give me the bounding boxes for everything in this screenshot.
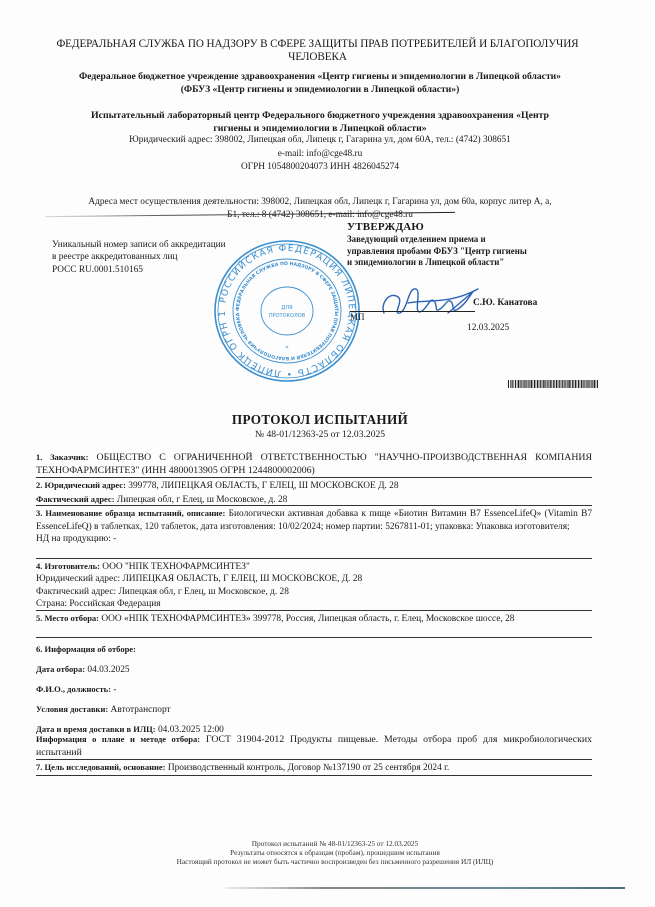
section-legal-address: 2. Юридический адрес: 399778, ЛИПЕЦКАЯ О… — [36, 479, 592, 506]
footer-rule — [225, 887, 625, 889]
fio-value: - — [113, 685, 116, 695]
section-divider — [36, 558, 592, 559]
signer-name: С.Ю. Канатова — [473, 298, 537, 308]
sampling-date-value: 04.03.2025 — [87, 665, 129, 675]
actual-address-label: Фактический адрес: — [36, 494, 115, 504]
activity-address: Адреса мест осуществления деятельности: … — [20, 196, 620, 222]
section-sampling-place: 5. Место отбора: ООО «НПК ТЕХНОФАРМСИНТЕ… — [36, 612, 592, 626]
approval-position-line-1: Заведующий отделением приема и — [347, 234, 577, 246]
footer-line-3: Настоящий протокол не может быть частичн… — [110, 857, 560, 866]
activity-address-line-1: Адреса мест осуществления деятельности: … — [20, 196, 620, 209]
approval-title: УТВЕРЖДАЮ — [347, 221, 577, 233]
approval-position: Заведующий отделением приема и управлени… — [347, 234, 577, 269]
sampling-method-label: Информация о плане и методе отбора: — [36, 734, 200, 744]
svg-text:ПРОТОКОЛОВ: ПРОТОКОЛОВ — [269, 313, 306, 319]
manufacturer-value: ООО "НПК ТЕХНОФАРМСИНТЕЗ" — [102, 562, 250, 572]
customer-label: 1. Заказчик: — [36, 452, 89, 462]
accreditation-block: Уникальный номер записи об аккредитации … — [52, 239, 226, 276]
sample-label: 3. Наименование образца испытаний, описа… — [36, 508, 225, 518]
section-divider — [36, 610, 592, 611]
legal-address-value: 399778, ЛИПЕЦКАЯ ОБЛАСТЬ, Г ЕЛЕЦ, Ш МОСК… — [128, 481, 398, 491]
seal-label: МП — [350, 312, 365, 322]
section-divider — [36, 775, 592, 776]
accreditation-line-1: Уникальный номер записи об аккредитации — [52, 239, 226, 251]
svg-text:ДЛЯ: ДЛЯ — [281, 305, 292, 311]
approval-position-line-3: и эпидемиологии в Липецкой области" — [347, 257, 577, 269]
customer-value: ОБЩЕСТВО С ОГРАНИЧЕННОЙ ОТВЕТСТВЕННОСТЬЮ… — [36, 452, 592, 476]
email: e-mail: info@cge48.ru — [20, 148, 620, 162]
section-divider — [36, 637, 592, 638]
purpose-value: Производственный контроль, Договор №1371… — [168, 763, 449, 773]
sampling-info-label: 6. Информация об отборе: — [36, 644, 136, 654]
manufacturer-actual-address: Фактический адрес: Липецкая обл, г Елец,… — [36, 586, 592, 598]
legal-address: Юридический адрес: 398002, Липецкая обл,… — [20, 134, 620, 148]
sampling-method: Информация о плане и методе отбора: ГОСТ… — [36, 733, 592, 759]
signature-line — [350, 311, 475, 312]
document-page: ФЕДЕРАЛЬНАЯ СЛУЖБА ПО НАДЗОРУ В СФЕРЕ ЗА… — [0, 0, 655, 907]
actual-address-value: Липецкая обл, г Елец, ш Московское, д. 2… — [117, 495, 287, 505]
approval-block: УТВЕРЖДАЮ Заведующий отделением приема и… — [347, 221, 577, 269]
barcode-icon — [508, 380, 598, 388]
ogrn-inn: ОГРН 1054800204073 ИНН 4826045274 — [20, 161, 620, 175]
svg-text:*: * — [286, 345, 289, 352]
fio-label: Ф.И.О., должность: — [36, 684, 111, 694]
sampling-date-label: Дата отбора: — [36, 664, 85, 674]
approval-date: 12.03.2025 — [467, 323, 509, 333]
section-sampling-info: 6. Информация об отборе: Дата отбора: 04… — [36, 640, 592, 740]
purpose-label: 7. Цель исследований, основание: — [36, 762, 165, 772]
official-stamp-icon: РОССИЙСКАЯ ФЕДЕРАЦИЯ ЛИПЕЦКАЯ ОБЛАСТЬ • … — [212, 238, 362, 384]
legal-address-label: 2. Юридический адрес: — [36, 480, 126, 490]
institution-line-1: Федеральное бюджетное учреждение здравоо… — [20, 70, 620, 83]
delivery-conditions-value: Автотранспорт — [111, 705, 171, 715]
footer-line-1: Протокол испытаний № 48-01/12363-25 от 1… — [110, 839, 560, 848]
sampling-place-value: ООО «НПК ТЕХНОФАРМСИНТЕЗ» 399778, Россия… — [101, 614, 514, 624]
manufacturer-legal-address: Юридический адрес: ЛИПЕЦКАЯ ОБЛАСТЬ, Г Е… — [36, 573, 592, 585]
sampling-place-label: 5. Место отбора: — [36, 613, 99, 623]
section-sample: 3. Наименование образца испытаний, описа… — [36, 507, 592, 546]
institution-heading: Федеральное бюджетное учреждение здравоо… — [20, 70, 620, 96]
section-divider — [36, 477, 592, 478]
signature-icon — [378, 283, 488, 323]
agency-heading: ФЕДЕРАЛЬНАЯ СЛУЖБА ПО НАДЗОРУ В СФЕРЕ ЗА… — [30, 38, 605, 64]
sample-nd: НД на продукцию: - — [36, 533, 592, 546]
approval-position-line-2: управления пробами ФБУЗ "Центр гигиены — [347, 246, 577, 258]
accreditation-line-2: в реестре аккредитованных лиц — [52, 251, 226, 263]
protocol-number: № 48-01/12363-25 от 12.03.2025 — [20, 429, 620, 440]
section-divider — [36, 759, 592, 760]
manufacturer-label: 4. Изготовитель: — [36, 561, 100, 571]
page-footer: Протокол испытаний № 48-01/12363-25 от 1… — [110, 839, 560, 867]
section-manufacturer: 4. Изготовитель: ООО "НПК ТЕХНОФАРМСИНТЕ… — [36, 560, 592, 611]
lab-line-1: Испытательный лабораторный центр Федерал… — [20, 109, 620, 122]
institution-line-2: (ФБУЗ «Центр гигиены и эпидемиологии в Л… — [20, 83, 620, 96]
section-divider — [36, 505, 592, 506]
delivery-conditions-label: Условия доставки: — [36, 704, 108, 714]
lab-contacts: Юридический адрес: 398002, Липецкая обл,… — [20, 134, 620, 175]
section-purpose: 7. Цель исследований, основание: Произво… — [36, 761, 592, 775]
footer-line-2: Результаты относятся к образцам (пробам)… — [110, 848, 560, 857]
section-customer: 1. Заказчик: ОБЩЕСТВО С ОГРАНИЧЕННОЙ ОТВ… — [36, 451, 592, 478]
accreditation-number: РОСС RU.0001.510165 — [52, 264, 226, 276]
manufacturer-country: Страна: Российская Федерация — [36, 598, 592, 610]
protocol-title: ПРОТОКОЛ ИСПЫТАНИЙ — [20, 412, 620, 428]
lab-heading: Испытательный лабораторный центр Федерал… — [20, 109, 620, 135]
